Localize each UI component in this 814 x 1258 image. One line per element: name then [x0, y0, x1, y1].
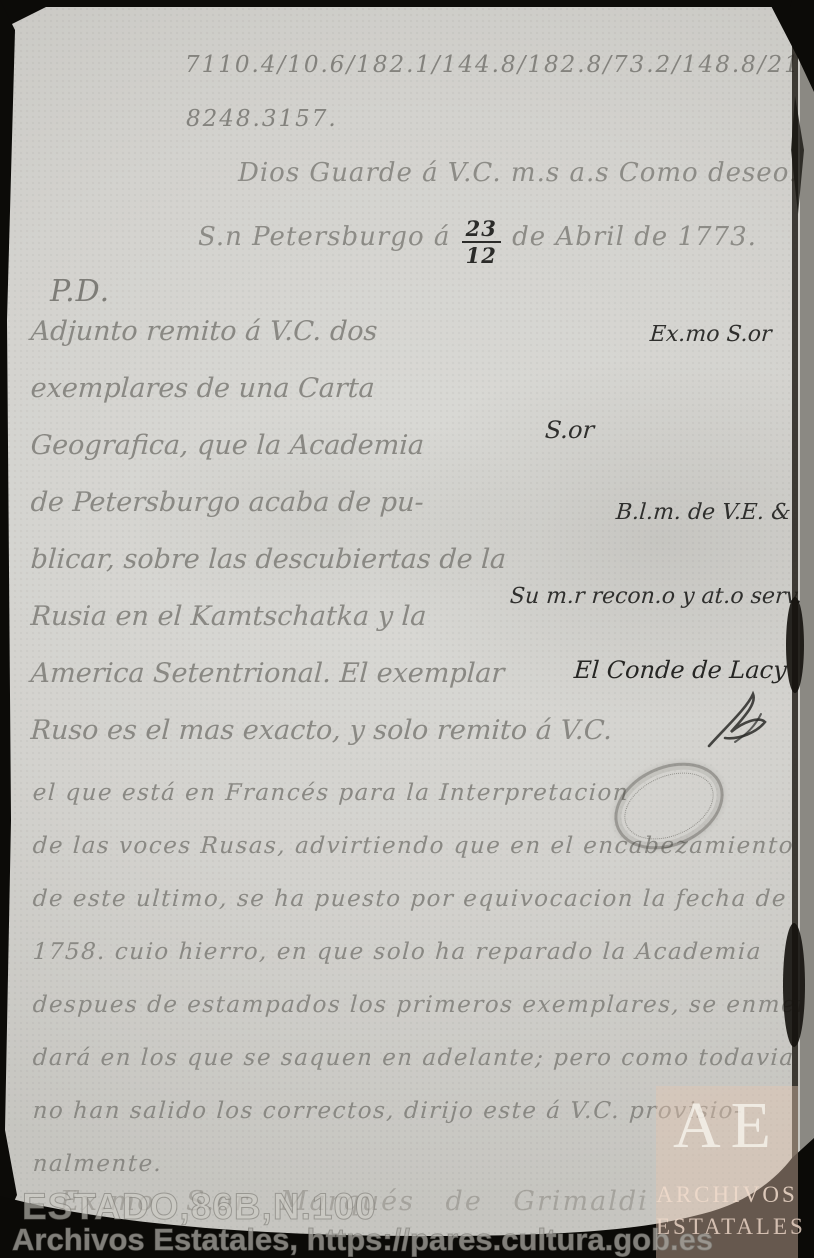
logo-archivos-text: ARCHIVOS [656, 1182, 798, 1208]
body-paragraph-upper: Adjunto remito á V.C. dosexemplares de u… [30, 316, 611, 772]
dual-calendar-date-fraction: 23 12 [462, 218, 501, 266]
postscript-label: P.D. [50, 274, 110, 309]
dateline: S.n Petersburgo á 23 12 de Abril de 1773… [198, 214, 757, 262]
dateline-place: S.n Petersburgo á [198, 222, 450, 252]
manuscript-text-line: despues de estampados los primeros exemp… [31, 992, 814, 1045]
signature-conde-de-lacy: El Conde de Lacy [573, 656, 788, 684]
annotation-servant-formula: Su m.r recon.o y at.o serv.or [509, 584, 814, 609]
scanned-manuscript-page: 7110.4/10.6/182.1/144.8/182.8/73.2/148.8… [0, 0, 814, 1258]
archival-sum-line: 7110.4/10.6/182.1/144.8/182.8/73.2/148.8… [185, 52, 814, 78]
manuscript-text-line: Geografica, que la Academia [29, 430, 613, 487]
manuscript-paper: 7110.4/10.6/182.1/144.8/182.8/73.2/148.8… [0, 0, 814, 1258]
logo-ae-initials: AE [656, 1088, 798, 1164]
salutation-line: Dios Guarde á V.C. m.s a.s Como deseo. [238, 158, 798, 188]
annotation-besa-la-mano: B.l.m. de V.E. & [615, 500, 792, 525]
source-url-watermark: Archivos Estatales, https://pares.cultur… [12, 1222, 713, 1258]
manuscript-text-line: de las voces Rusas, advirtiendo que en e… [31, 833, 814, 886]
dateline-month-year: de Abril de 1773. [512, 222, 757, 252]
manuscript-text-line: de Petersburgo acaba de pu- [29, 487, 613, 544]
gregorian-day: 23 [462, 218, 501, 243]
manuscript-text-line: exemplares de una Carta [29, 373, 613, 430]
manuscript-text-line: 1758. cuio hierro, en que solo ha repara… [31, 939, 814, 992]
manuscript-text-line: Adjunto remito á V.C. dos [29, 316, 613, 373]
manuscript-text-line: America Setentrional. El exemplar [29, 658, 613, 715]
manuscript-text-line: Ruso es el mas exacto, y solo remito á V… [29, 715, 613, 772]
annotation-senor: S.or [544, 416, 595, 444]
signature-rubric-flourish [695, 688, 773, 750]
manuscript-text-line: Rusia en el Kamtschatka y la [29, 601, 613, 658]
julian-day: 12 [466, 243, 497, 266]
archival-sum-total: 8248.3157. [186, 106, 338, 132]
annotation-excelentisimo: Ex.mo S.or [649, 322, 772, 347]
manuscript-text-line: de este ultimo, se ha puesto por equivoc… [31, 886, 814, 939]
